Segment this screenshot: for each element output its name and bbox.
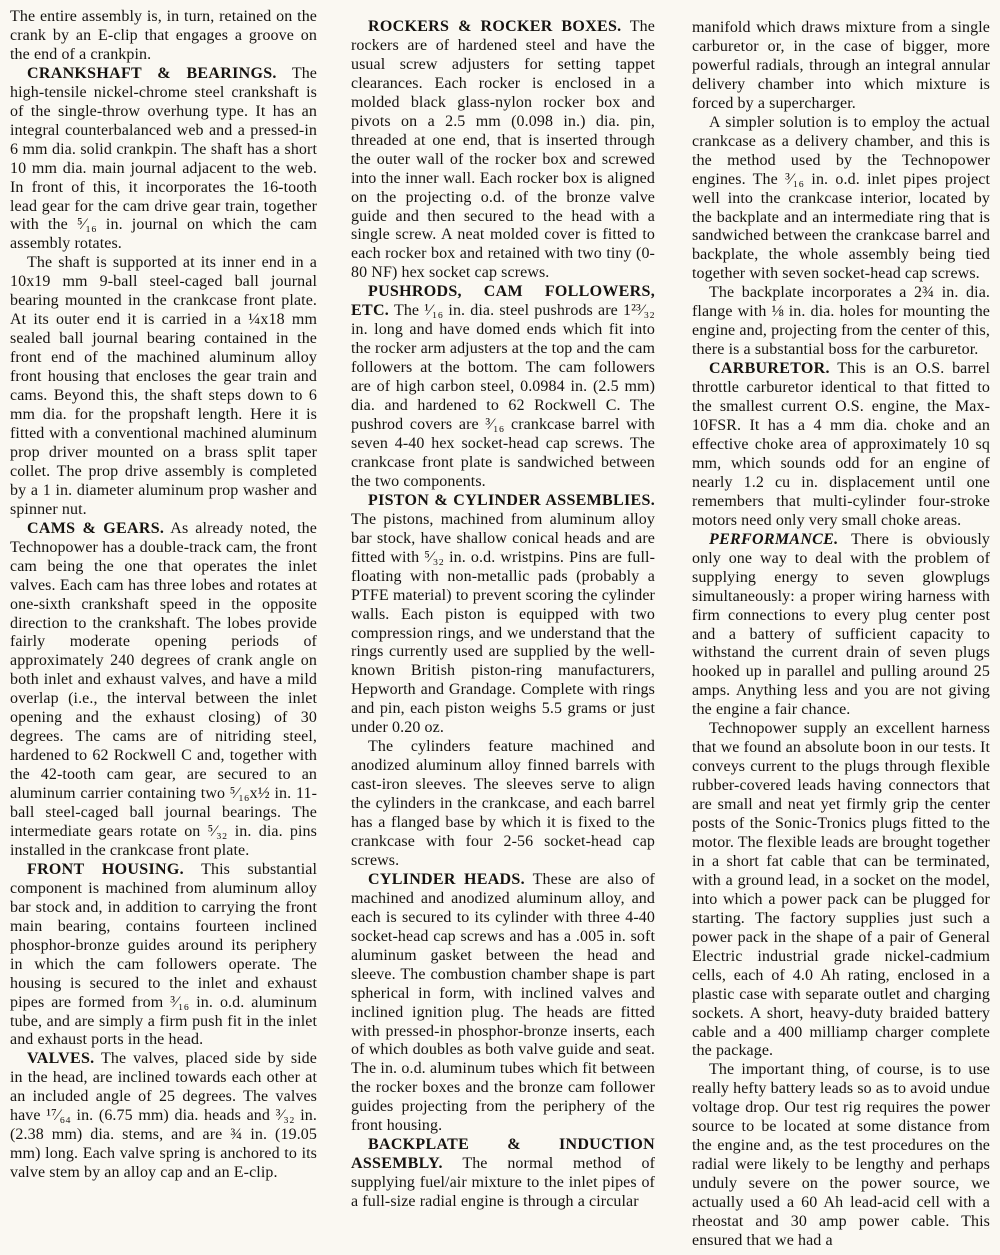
paragraph: PISTON & CYLINDER ASSEMBLIES. The piston… bbox=[351, 492, 655, 738]
paragraph: CARBURETOR. This is an O.S. barrel throt… bbox=[692, 360, 990, 531]
column-gutter bbox=[317, 6, 351, 1255]
paragraph: BACKPLATE & INDUCTION ASSEMBLY. The norm… bbox=[351, 1136, 655, 1212]
paragraph-text: The rockers are of hardened steel and ha… bbox=[351, 18, 655, 281]
paragraph-text: Technopower supply an excellent harness … bbox=[692, 720, 990, 1059]
text-column-2: ROCKERS & ROCKER BOXES. The rockers are … bbox=[351, 6, 655, 1255]
section-heading-piston-cylinder-assemblies: PISTON & CYLINDER ASSEMBLIES. bbox=[368, 492, 655, 509]
paragraph: Technopower supply an excellent harness … bbox=[692, 720, 990, 1061]
section-heading-crankshaft-bearings: CRANKSHAFT & BEARINGS. bbox=[27, 65, 277, 82]
paragraph-text: These are also of machined and anodized … bbox=[351, 871, 655, 1134]
paragraph: ROCKERS & ROCKER BOXES. The rockers are … bbox=[351, 18, 655, 283]
paragraph-text: This is an O.S. barrel throttle carburet… bbox=[692, 360, 990, 529]
paragraph: The shaft is supported at its inner end … bbox=[10, 254, 317, 519]
paragraph-text: This substantial component is machined f… bbox=[10, 861, 317, 1049]
paragraph: PUSHRODS, CAM FOLLOWERS, ETC. The ¹⁄₁₆ i… bbox=[351, 283, 655, 491]
section-heading-performance: PERFORMANCE. bbox=[709, 531, 838, 548]
section-heading-rockers-rocker-boxes: ROCKERS & ROCKER BOXES. bbox=[368, 18, 621, 35]
paragraph: The cylinders feature machined and anodi… bbox=[351, 738, 655, 871]
section-heading-carburetor: CARBURETOR. bbox=[709, 360, 830, 377]
paragraph-text: The high-tensile nickel-chrome steel cra… bbox=[10, 65, 317, 253]
paragraph: VALVES. The valves, placed side by side … bbox=[10, 1050, 317, 1183]
paragraph: CAMS & GEARS. As already noted, the Tech… bbox=[10, 520, 317, 861]
paragraph: The important thing, of course, is to us… bbox=[692, 1061, 990, 1251]
section-heading-cylinder-heads: CYLINDER HEADS. bbox=[368, 871, 525, 888]
paragraph-text: The valves, placed side by side in the h… bbox=[10, 1050, 317, 1181]
paragraph-text: As already noted, the Technopower has a … bbox=[10, 520, 317, 859]
paragraph: manifold which draws mixture from a sing… bbox=[692, 19, 990, 114]
text-column-3: manifold which draws mixture from a sing… bbox=[692, 6, 990, 1255]
paragraph-text: A simpler solution is to employ the actu… bbox=[692, 114, 990, 283]
magazine-article-page: The entire assembly is, in turn, retaine… bbox=[0, 0, 1000, 1255]
paragraph-text: The important thing, of course, is to us… bbox=[692, 1061, 990, 1249]
paragraph-text: The backplate incorporates a 2¾ in. dia.… bbox=[692, 284, 990, 358]
section-heading-valves: VALVES. bbox=[27, 1050, 94, 1067]
paragraph: CYLINDER HEADS. These are also of machin… bbox=[351, 871, 655, 1136]
paragraph-text: There is obviously only one way to deal … bbox=[692, 531, 990, 719]
paragraph-text: The cylinders feature machined and anodi… bbox=[351, 738, 655, 869]
paragraph: FRONT HOUSING. This substantial componen… bbox=[10, 861, 317, 1051]
paragraph: A simpler solution is to employ the actu… bbox=[692, 114, 990, 285]
paragraph: The backplate incorporates a 2¾ in. dia.… bbox=[692, 284, 990, 360]
column-gutter bbox=[655, 6, 692, 1255]
paragraph: The entire assembly is, in turn, retaine… bbox=[10, 8, 317, 65]
paragraph-text: The shaft is supported at its inner end … bbox=[10, 254, 317, 517]
paragraph-text: The ¹⁄₁₆ in. dia. steel pushrods are 1²³… bbox=[351, 302, 655, 490]
paragraph-text: The pistons, machined from aluminum allo… bbox=[351, 511, 655, 736]
paragraph: PERFORMANCE. There is obviously only one… bbox=[692, 531, 990, 721]
paragraph-text: manifold which draws mixture from a sing… bbox=[692, 19, 990, 112]
section-heading-front-housing: FRONT HOUSING. bbox=[27, 861, 184, 878]
text-column-1: The entire assembly is, in turn, retaine… bbox=[10, 6, 317, 1255]
paragraph: CRANKSHAFT & BEARINGS. The high-tensile … bbox=[10, 65, 317, 255]
section-heading-cams-gears: CAMS & GEARS. bbox=[27, 520, 164, 537]
paragraph-text: The entire assembly is, in turn, retaine… bbox=[10, 8, 317, 63]
